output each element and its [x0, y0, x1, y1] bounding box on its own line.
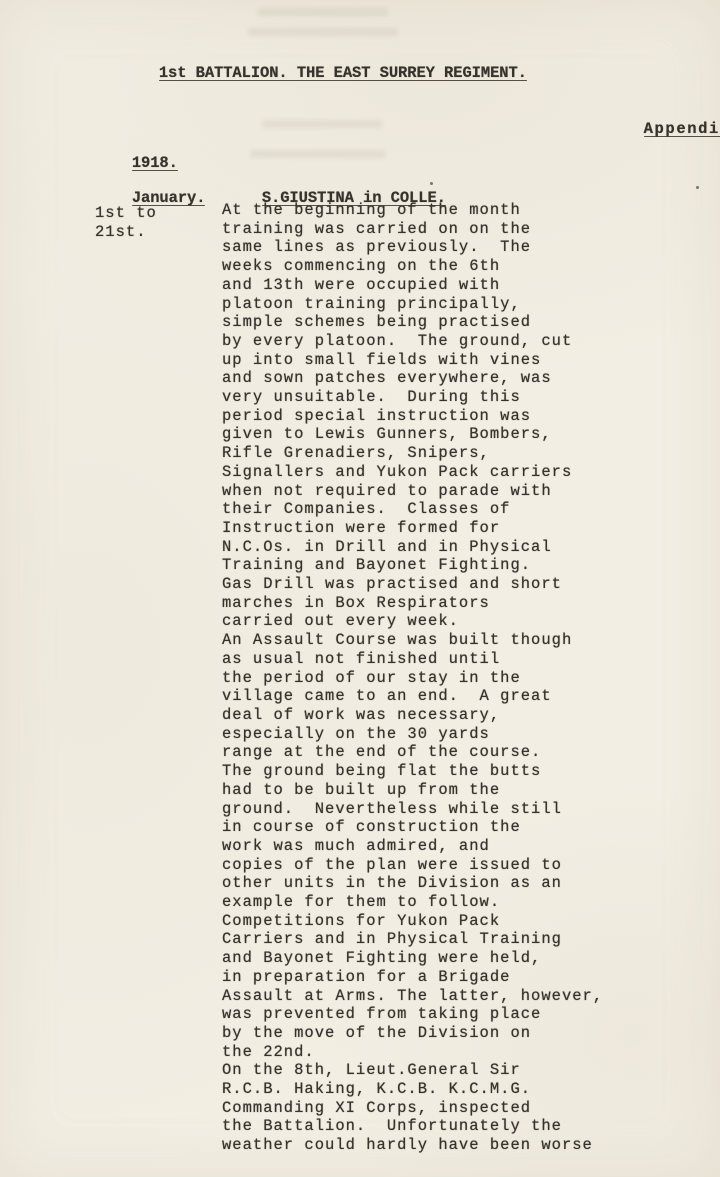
- diary-line: Signallers and Yukon Pack carriers: [222, 463, 603, 482]
- appendix-text: Appendix.: [644, 120, 720, 139]
- bleedthrough-texture: [258, 8, 388, 16]
- diary-line: marches in Box Respirators: [222, 594, 603, 613]
- bleedthrough-texture: [250, 150, 385, 158]
- diary-line: by every platoon. The ground, cut: [222, 332, 603, 351]
- diary-body: At the beginning of the monthtraining wa…: [222, 201, 603, 1155]
- diary-line: copies of the plan were issued to: [222, 856, 603, 875]
- document-title: 1st BATTALION. THE EAST SURREY REGIMENT.: [122, 45, 527, 101]
- diary-line: Assault at Arms. The latter, however,: [222, 987, 603, 1006]
- diary-line: in preparation for a Brigade: [222, 968, 603, 987]
- document-page: 1st BATTALION. THE EAST SURREY REGIMENT.…: [0, 0, 720, 1177]
- diary-line: deal of work was necessary,: [222, 706, 603, 725]
- diary-line: period special instruction was: [222, 407, 603, 426]
- diary-line: same lines as previously. The: [222, 238, 603, 257]
- diary-line: work was much admired, and: [222, 837, 603, 856]
- diary-line: in course of construction the: [222, 818, 603, 837]
- diary-line: R.C.B. Haking, K.C.B. K.C.M.G.: [222, 1080, 603, 1099]
- diary-line: when not required to parade with: [222, 482, 603, 501]
- diary-line: Instruction were formed for: [222, 519, 603, 538]
- diary-line: the 22nd.: [222, 1043, 603, 1062]
- diary-line: and Bayonet Fighting were held,: [222, 949, 603, 968]
- diary-line: and sown patches everywhere, was: [222, 369, 603, 388]
- document-title-text: 1st BATTALION. THE EAST SURREY REGIMENT.: [159, 64, 527, 83]
- diary-line: Gas Drill was practised and short: [222, 575, 603, 594]
- diary-line: their Companies. Classes of: [222, 500, 603, 519]
- diary-line: as usual not finished until: [222, 650, 603, 669]
- bleedthrough-texture: [262, 120, 382, 128]
- diary-line: up into small fields with vines: [222, 351, 603, 370]
- diary-line: training was carried on on the: [222, 220, 603, 239]
- ink-speck: [696, 186, 699, 189]
- diary-line: ground. Nevertheless while still: [222, 800, 603, 819]
- diary-line: platoon training principally,: [222, 295, 603, 314]
- diary-line: simple schemes being practised: [222, 313, 603, 332]
- diary-line: the period of our stay in the: [222, 669, 603, 688]
- diary-line: An Assault Course was built though: [222, 631, 603, 650]
- diary-line: had to be built up from the: [222, 781, 603, 800]
- diary-line: weeks commencing on the 6th: [222, 257, 603, 276]
- diary-line: by the move of the Division on: [222, 1024, 603, 1043]
- bleedthrough-texture: [248, 28, 398, 36]
- diary-line: the Battalion. Unfortunately the: [222, 1117, 603, 1136]
- diary-line: example for them to follow.: [222, 893, 603, 912]
- ink-speck: [430, 182, 433, 185]
- date-range-line2: 21st.: [95, 223, 147, 242]
- diary-line: other units in the Division as an: [222, 874, 603, 893]
- diary-line: very unsuitable. During this: [222, 388, 603, 407]
- diary-line: At the beginning of the month: [222, 201, 603, 220]
- diary-line: N.C.Os. in Drill and in Physical: [222, 538, 603, 557]
- diary-line: weather could hardly have been worse: [222, 1136, 603, 1155]
- diary-line: Rifle Grenadiers, Snipers,: [222, 444, 603, 463]
- diary-line: Training and Bayonet Fighting.: [222, 556, 603, 575]
- diary-line: Competitions for Yukon Pack: [222, 912, 603, 931]
- diary-line: The ground being flat the butts: [222, 762, 603, 781]
- diary-line: was prevented from taking place: [222, 1005, 603, 1024]
- diary-line: especially on the 30 yards: [222, 725, 603, 744]
- diary-line: range at the end of the course.: [222, 743, 603, 762]
- diary-line: and 13th were occupied with: [222, 276, 603, 295]
- diary-line: Commanding XI Corps, inspected: [222, 1099, 603, 1118]
- date-range-line1: 1st to: [95, 204, 157, 223]
- diary-line: carried out every week.: [222, 612, 603, 631]
- diary-line: given to Lewis Gunners, Bombers,: [222, 425, 603, 444]
- diary-line: village came to an end. A great: [222, 687, 603, 706]
- appendix-label: Appendix.: [600, 101, 720, 157]
- diary-line: Carriers and in Physical Training: [222, 930, 603, 949]
- diary-line: On the 8th, Lieut.General Sir: [222, 1061, 603, 1080]
